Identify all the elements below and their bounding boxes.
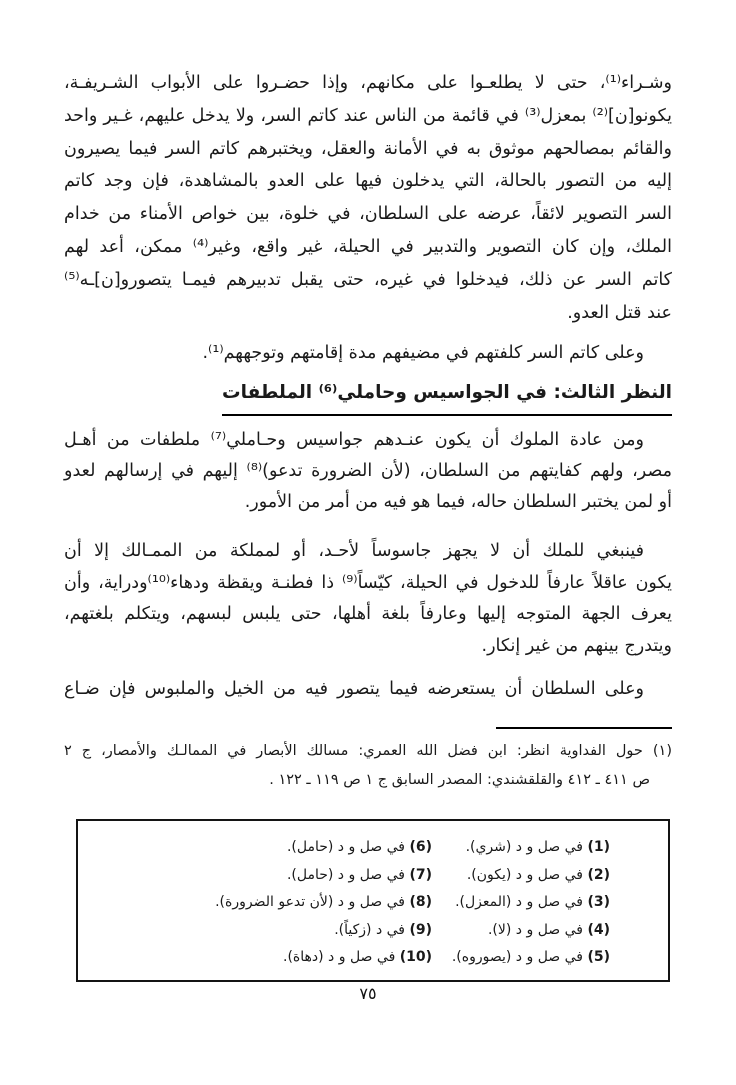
variant-note-text: في صل و د (يكون). [467, 867, 583, 883]
variant-note-text: في صل و د (يصوروه). [452, 949, 583, 965]
variant-note-number: (2) [587, 867, 610, 883]
paragraph-katim-alsirr: وعلى كاتم السر كلفتهم في مضيفهم مدة إقام… [64, 337, 672, 370]
variants-column-right: (1) في صل و د (شري). (2) في صل و د (يكون… [432, 834, 610, 972]
variant-note-number: (1) [587, 839, 610, 855]
body-line: يكون عاقلاً عارفاً للدخول في الحيلة، كيّ… [64, 568, 672, 600]
body-line: الملك، وإن كان التصوير والتدبير في الحيل… [64, 231, 672, 264]
variant-note: (5) في صل و د (يصوروه). [432, 944, 610, 972]
page-number: ٧٥ [0, 984, 736, 1003]
variant-note-number: (8) [409, 894, 432, 910]
paragraph-spy-qualities: فينبغي للملك أن لا يجهز جاسوساً لأحـد، أ… [64, 536, 672, 662]
variant-note-text: في صل و د (حامل). [287, 867, 405, 883]
section-heading: النظر الثالث: في الجواسيس وحاملي⁽⁶⁾ المل… [64, 376, 672, 416]
body-line: عند قتل العدو. [64, 297, 672, 330]
variant-note-text: في صل و د (دهاة). [283, 949, 395, 965]
body-line: وعلى كاتم السر كلفتهم في مضيفهم مدة إقام… [64, 337, 672, 370]
paragraph-continuation: وشـراء⁽¹⁾، حتى لا يطلعـوا على مكانهم، وإ… [64, 67, 672, 329]
variant-note-text: في صل و د (لا). [488, 922, 583, 938]
body-line: أو لمن يختبر السلطان حاله، فيما هو فيه م… [64, 487, 672, 518]
variant-note-text: في صل و د (المعزل). [455, 894, 583, 910]
variant-note-number: (7) [409, 867, 432, 883]
variant-note: (2) في صل و د (يكون). [432, 862, 610, 890]
variant-note-number: (4) [587, 922, 610, 938]
footnote: (١) حول الفداوية انظر: ابن فضل الله العم… [64, 737, 672, 795]
variant-note-number: (5) [587, 949, 610, 965]
variant-note: (7) في صل و د (حامل). [134, 862, 432, 890]
footnote-line: (١) حول الفداوية انظر: ابن فضل الله العم… [64, 737, 672, 766]
variant-note: (3) في صل و د (المعزل). [432, 889, 610, 917]
text-block: وشـراء⁽¹⁾، حتى لا يطلعـوا على مكانهم، وإ… [64, 67, 672, 982]
variant-note-number: (9) [409, 922, 432, 938]
body-line: فينبغي للملك أن لا يجهز جاسوساً لأحـد، أ… [64, 536, 672, 568]
body-line: إليه من التصور بالحالة، التي يدخلون فيها… [64, 165, 672, 198]
body-line: يكونو[ن]⁽²⁾ بمعزل⁽³⁾ في قائمة من الناس ع… [64, 100, 672, 133]
variant-note-text: في صل و د (شري). [466, 839, 583, 855]
footnote-line: ص ٤١١ ـ ٤١٢ والقلقشندي: المصدر السابق ج … [64, 766, 672, 795]
variant-note-number: (10) [400, 949, 432, 965]
variant-note-text: في د (زكياً). [334, 922, 405, 938]
body-line: ويتدرج بينهم من غير إنكار. [64, 631, 672, 663]
body-line: يعرف الجهة المتوجه إليها وعارفاً بلغة أه… [64, 599, 672, 631]
footnote-separator [496, 727, 672, 729]
body-line: السر التصوير لائقاً، عرضه على السلطان، ف… [64, 198, 672, 231]
variant-note-text: في صل و د (لأن تدعو الضرورة). [215, 894, 405, 910]
paragraph-sultan-review: وعلى السلطان أن يستعرضه فيما يتصور فيه م… [64, 674, 672, 705]
variants-column-left: (6) في صل و د (حامل). (7) في صل و د (حام… [78, 834, 432, 972]
body-line: كاتم السر عن ذلك، فيدخلوا في غيره، حتى ي… [64, 264, 672, 297]
variant-note: (1) في صل و د (شري). [432, 834, 610, 862]
body-line: ومن عادة الملوك أن يكون عنـدهم جواسيس وح… [64, 425, 672, 456]
paragraph-spies-custom: ومن عادة الملوك أن يكون عنـدهم جواسيس وح… [64, 425, 672, 518]
variant-note-text: في صل و د (حامل). [287, 839, 405, 855]
variant-note: (4) في صل و د (لا). [432, 917, 610, 945]
book-page: وشـراء⁽¹⁾، حتى لا يطلعـوا على مكانهم، وإ… [0, 0, 736, 1085]
body-line: والقائم بمصالحهم موثوق به في الأمانة وال… [64, 133, 672, 166]
variant-note-number: (3) [587, 894, 610, 910]
variant-note-number: (6) [409, 839, 432, 855]
body-line: مصر، ولهم كفايتهم من السلطان، (لأن الضرو… [64, 456, 672, 487]
variant-note: (9) في د (زكياً). [134, 917, 432, 945]
body-line: وشـراء⁽¹⁾، حتى لا يطلعـوا على مكانهم، وإ… [64, 67, 672, 100]
variant-note: (8) في صل و د (لأن تدعو الضرورة). [134, 889, 432, 917]
body-line: وعلى السلطان أن يستعرضه فيما يتصور فيه م… [64, 674, 672, 705]
section-heading-text: النظر الثالث: في الجواسيس وحاملي⁽⁶⁾ المل… [222, 376, 672, 416]
variants-box: (1) في صل و د (شري). (2) في صل و د (يكون… [76, 819, 670, 982]
variant-note: (10) في صل و د (دهاة). [134, 944, 432, 972]
variant-note: (6) في صل و د (حامل). [134, 834, 432, 862]
